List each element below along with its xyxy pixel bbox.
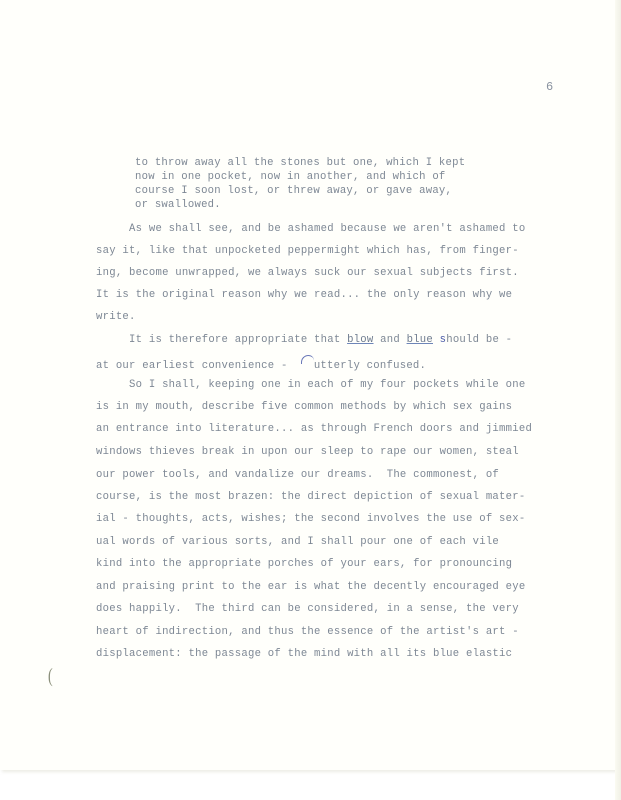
paragraph-line: does happily. The third can be considere… [96, 602, 519, 616]
paragraph-line: It is therefore appropriate that blow an… [96, 333, 512, 347]
paragraph-line: ial - thoughts, acts, wishes; the second… [96, 512, 525, 526]
paragraph-line: kind into the appropriate porches of you… [96, 557, 512, 571]
underlined-word-blue: blue [407, 334, 433, 346]
typewritten-page: 6 to throw away all the stones but one, … [0, 0, 616, 770]
pen-correction-mark-icon [301, 355, 314, 364]
text-segment: and [374, 334, 407, 346]
text-segment: at our earliest convenience - [96, 360, 301, 372]
paragraph-line: write. [96, 310, 136, 324]
paragraph-line: and praising print to the ear is what th… [96, 580, 525, 594]
paragraph-line: It is the original reason why we read...… [96, 288, 512, 302]
handwritten-s-correction: s [433, 334, 446, 346]
block-quote-line: now in one pocket, now in another, and w… [135, 170, 446, 184]
text-segment: hould be - [446, 334, 512, 346]
paragraph-line: course, is the most brazen: the direct d… [96, 490, 525, 504]
margin-pencil-mark: ( [48, 665, 53, 688]
page-number: 6 [546, 80, 553, 94]
paragraph-line: So I shall, keeping one in each of my fo… [96, 378, 525, 392]
underlined-word-blow: blow [347, 334, 373, 346]
paragraph-line: ing, become unwrapped, we always suck ou… [96, 266, 519, 280]
paragraph-line: As we shall see, and be ashamed because … [96, 222, 525, 236]
block-quote-line: or swallowed. [135, 198, 221, 212]
text-segment: utterly confused. [314, 360, 426, 372]
paragraph-line: an entrance into literature... as throug… [96, 422, 532, 436]
block-quote-line: course I soon lost, or threw away, or ga… [135, 184, 452, 198]
paragraph-line: at our earliest convenience - utterly co… [96, 355, 426, 369]
paragraph-line: windows thieves break in upon our sleep … [96, 445, 519, 459]
block-quote-line: to throw away all the stones but one, wh… [135, 156, 465, 170]
paragraph-line: heart of indirection, and thus the essen… [96, 625, 519, 639]
text-segment: It is therefore appropriate that [96, 334, 347, 346]
paragraph-line: displacement: the passage of the mind wi… [96, 647, 512, 661]
paragraph-line: say it, like that unpocketed peppermight… [96, 244, 519, 258]
paper-edge [615, 0, 621, 800]
paragraph-line: ual words of various sorts, and I shall … [96, 535, 499, 549]
paragraph-line: our power tools, and vandalize our dream… [96, 468, 499, 482]
paragraph-line: is in my mouth, describe five common met… [96, 400, 512, 414]
